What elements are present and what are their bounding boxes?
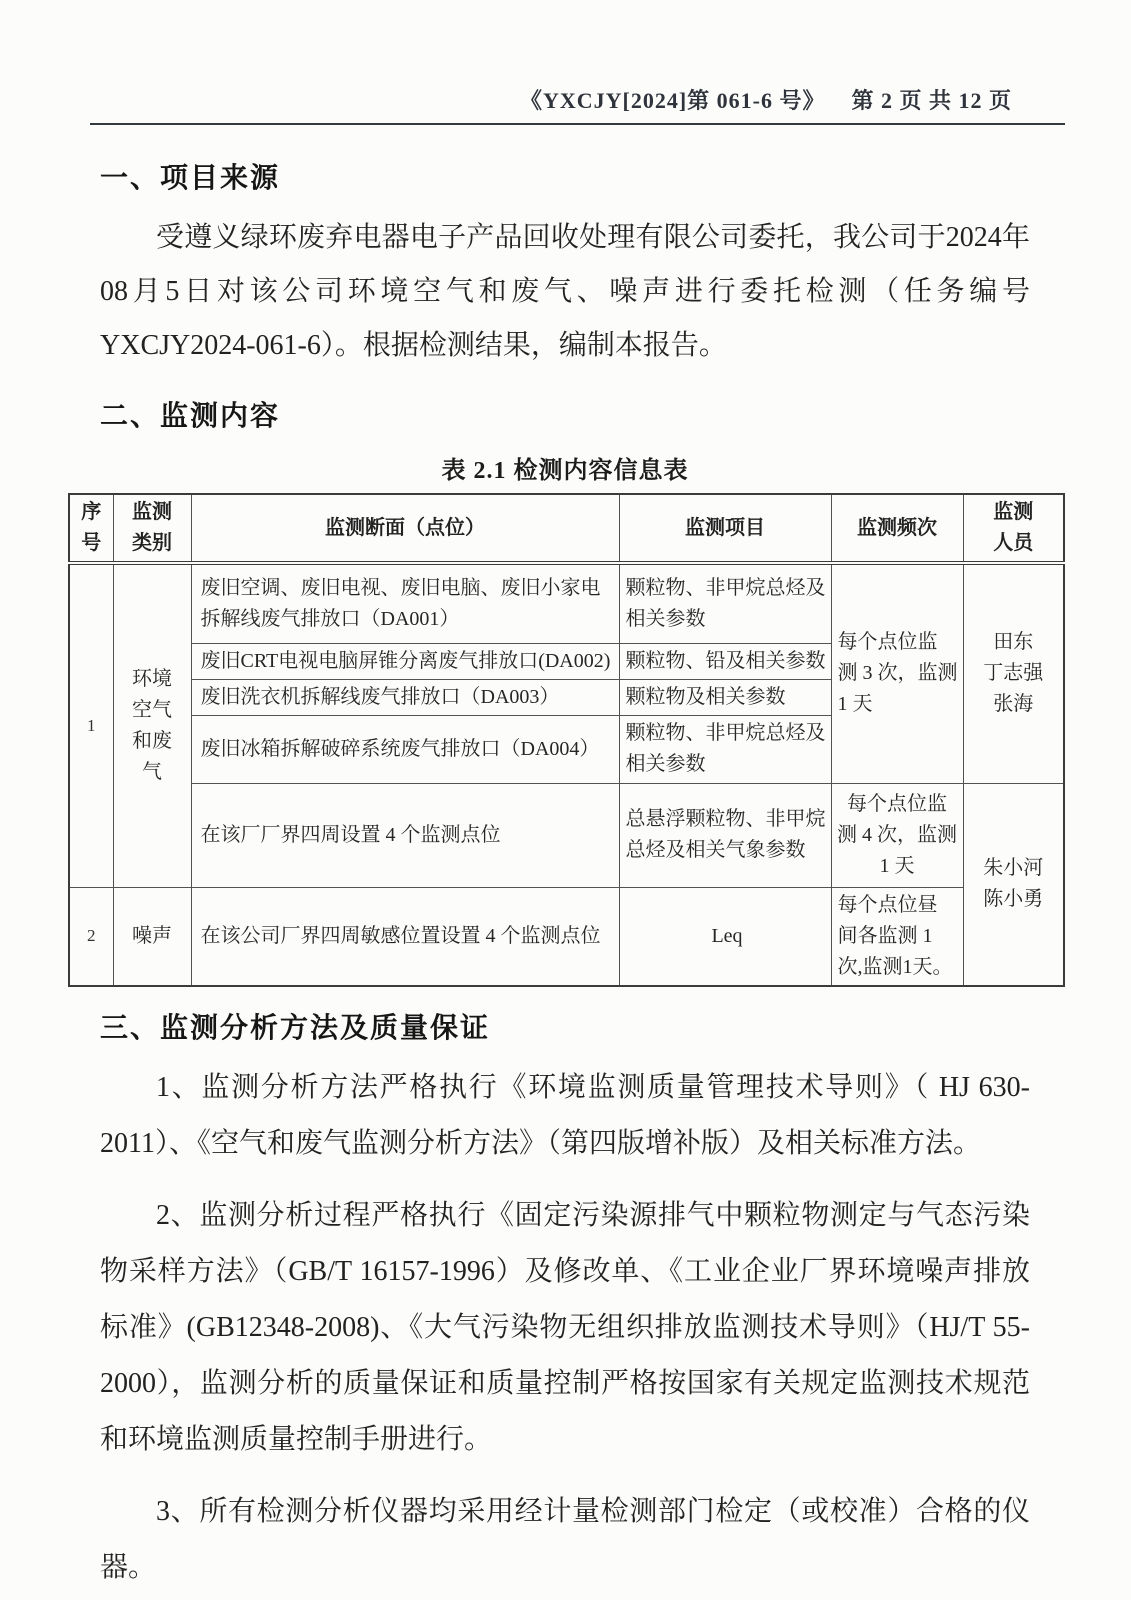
section-3-paragraph-1: 1、监测分析方法严格执行《环境监测质量管理技术导则》（ HJ 630-2011）… xyxy=(100,1060,1030,1172)
content-area: 一、项目来源 受遵义绿环废弃电器电子产品回收处理有限公司委托，我公司于2024年… xyxy=(100,161,1030,1596)
site-cell-da001: 废旧空调、废旧电视、废旧电脑、废旧小家电 拆解线废气排放口（DA001） xyxy=(191,563,619,643)
category-cell-noise: 噪声 xyxy=(113,887,191,986)
table-header-row: 序 号 监测 类别 监测断面（点位） 监测项目 监测频次 监测 人员 xyxy=(69,494,1064,563)
header-items: 监测项目 xyxy=(619,494,831,563)
table-row-da001: 1 环境 空气 和废 气 废旧空调、废旧电视、废旧电脑、废旧小家电 拆解线废气排… xyxy=(69,563,1064,643)
site-cell-fence: 在该厂厂界四周设置 4 个监测点位 xyxy=(191,783,619,887)
table-row-noise: 2 噪声 在该公司厂界四周敏感位置设置 4 个监测点位 Leq 每个点位昼 间各… xyxy=(69,887,1064,986)
items-cell-fence: 总悬浮颗粒物、非甲烷 总烃及相关气象参数 xyxy=(619,783,831,887)
site-cell-noise: 在该公司厂界四周敏感位置设置 4 个监测点位 xyxy=(191,887,619,986)
items-cell-da001: 颗粒物、非甲烷总烃及 相关参数 xyxy=(619,563,831,643)
site-cell-da002: 废旧CRT电视电脑屏锥分离废气排放口(DA002) xyxy=(191,643,619,679)
table-row-fence: 在该厂厂界四周设置 4 个监测点位 总悬浮颗粒物、非甲烷 总烃及相关气象参数 每… xyxy=(69,783,1064,887)
category-cell-air: 环境 空气 和废 气 xyxy=(113,563,191,887)
page-header: 《YXCJY[2024]第 061-6 号》第 2 页 共 12 页 xyxy=(0,84,1012,115)
document-page: 《YXCJY[2024]第 061-6 号》第 2 页 共 12 页 一、项目来… xyxy=(0,0,1131,1596)
frequency-cell-noise: 每个点位昼 间各监测 1 次,监测1天。 xyxy=(831,887,963,986)
section-3-title: 三、监测分析方法及质量保证 xyxy=(100,1011,1030,1045)
section-3-paragraph-3: 3、所有检测分析仪器均采用经计量检测部门检定（或校准）合格的仪器。 xyxy=(100,1484,1030,1596)
section-1-title: 一、项目来源 xyxy=(100,161,1030,195)
section-2-title: 二、监测内容 xyxy=(100,399,1030,433)
site-cell-da003: 废旧洗衣机拆解线废气排放口（DA003） xyxy=(191,679,619,715)
section-1-paragraph: 受遵义绿环废弃电器电子产品回收处理有限公司委托，我公司于2024年08月5日对该… xyxy=(100,211,1030,373)
section-3-paragraph-2: 2、监测分析过程严格执行《固定污染源排气中颗粒物测定与气态污染物采样方法》（GB… xyxy=(100,1188,1030,1468)
items-cell-da002: 颗粒物、铅及相关参数 xyxy=(619,643,831,679)
page-number: 第 2 页 共 12 页 xyxy=(851,88,1012,113)
doc-ref: 《YXCJY[2024]第 061-6 号》 xyxy=(520,88,826,113)
items-cell-da003: 颗粒物及相关参数 xyxy=(619,679,831,715)
staff-cell-fence-noise: 朱小河 陈小勇 xyxy=(963,783,1064,986)
site-cell-da004: 废旧冰箱拆解破碎系统废气排放口（DA004） xyxy=(191,715,619,783)
serial-cell-noise: 2 xyxy=(69,887,113,986)
serial-cell-air: 1 xyxy=(69,563,113,887)
header-frequency: 监测频次 xyxy=(831,494,963,563)
frequency-cell-stacks: 每个点位监 测 3 次，监测 1 天 xyxy=(831,563,963,783)
items-cell-noise: Leq xyxy=(619,887,831,986)
header-rule xyxy=(90,123,1065,125)
frequency-cell-fence: 每个点位监 测 4 次，监测 1 天 xyxy=(831,783,963,887)
staff-cell-stacks: 田东 丁志强 张海 xyxy=(963,563,1064,783)
header-serial: 序 号 xyxy=(69,494,113,563)
table-caption: 表 2.1 检测内容信息表 xyxy=(100,450,1030,485)
header-category: 监测 类别 xyxy=(113,494,191,563)
header-staff: 监测 人员 xyxy=(963,494,1064,563)
header-site: 监测断面（点位） xyxy=(191,494,619,563)
items-cell-da004: 颗粒物、非甲烷总烃及 相关参数 xyxy=(619,715,831,783)
monitoring-table: 序 号 监测 类别 监测断面（点位） 监测项目 监测频次 监测 人员 1 环境 … xyxy=(68,493,1065,987)
